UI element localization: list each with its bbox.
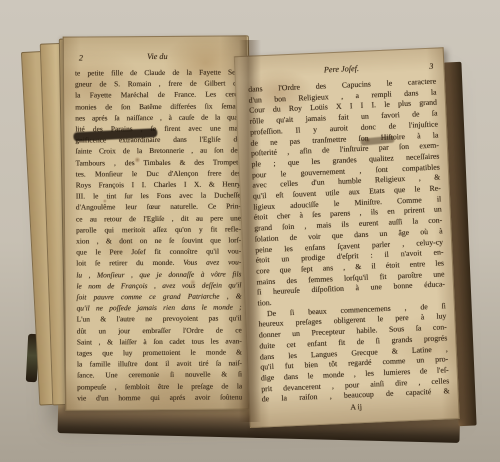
book-photo: 2 Vie du te petite fille de Claude de la… <box>0 0 500 462</box>
text-line: ce au retour de l'Egliſe , dit au pere u… <box>76 212 241 224</box>
left-running-head: 2 Vie du <box>75 50 240 64</box>
right-page-number: 3 <box>429 62 434 73</box>
right-running-title: Pere Joſef. <box>324 64 360 75</box>
text-line: ſainte Croix de la Bretonnerie , au ſon … <box>75 145 240 157</box>
text-line: vie d'un homme qui aprés avoir ſoûtenu <box>77 391 242 403</box>
text-line: Tambours , des Timbales & des Trompet- <box>76 156 241 168</box>
left-page-text: te petite fille de Claude de la Fayette … <box>75 66 242 403</box>
text-line: ſance. Une ceremonie ſi nouvelle & ſi <box>77 369 242 381</box>
left-page-number: 2 <box>79 53 83 64</box>
text-line: d'Angoulême leur ſœur naturelle. Ce Prin… <box>76 201 241 213</box>
text-line: L'un & l'autre ne prevoyoient pas qu'il <box>77 313 242 325</box>
left-page: 2 Vie du te petite fille de Claude de la… <box>63 35 250 410</box>
right-page: Pere Joſef. 3 dans l'Ordre des Capucins … <box>234 47 460 428</box>
text-line: loit ſe retirer du monde. Vous avez vou- <box>76 257 241 269</box>
right-page-text: dans l'Ordre des Capucins le caractered'… <box>248 77 450 406</box>
text-line: la Fayette Maréchal de France. Les cere- <box>75 89 240 101</box>
left-running-title: Vie du <box>147 52 168 61</box>
text-line: monies de ſon Batême differées ſix ſemai… <box>75 100 240 112</box>
